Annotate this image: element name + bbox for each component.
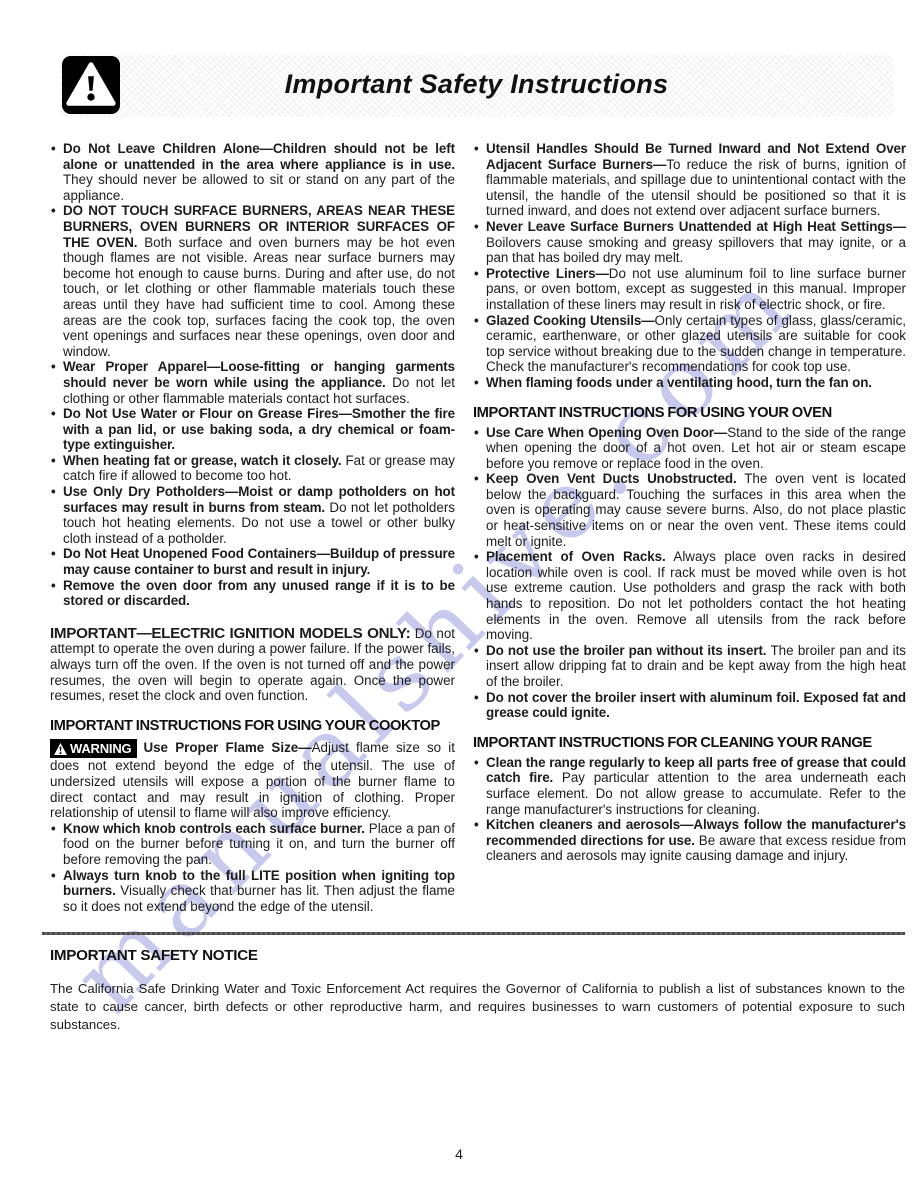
left-column: Do Not Leave Children Alone—Children sho… bbox=[50, 141, 455, 914]
instruction-bold: Do Not Leave Children Alone—Children sho… bbox=[63, 141, 455, 172]
safety-instruction: Use Care When Opening Oven Door—Stand to… bbox=[473, 425, 906, 472]
safety-instruction: Do Not Heat Unopened Food Containers—Bui… bbox=[50, 546, 455, 577]
safety-instruction: Wear Proper Apparel—Loose-fitting or han… bbox=[50, 359, 455, 406]
safety-instruction: DO NOT TOUCH SURFACE BURNERS, AREAS NEAR… bbox=[50, 203, 455, 359]
safety-instruction: Do Not Leave Children Alone—Children sho… bbox=[50, 141, 455, 203]
section-divider bbox=[42, 932, 905, 935]
safety-instruction: Remove the oven door from any unused ran… bbox=[50, 578, 455, 609]
instruction-text: They should never be allowed to sit or s… bbox=[63, 172, 455, 203]
right-column: Utensil Handles Should Be Turned Inward … bbox=[473, 141, 906, 914]
instruction-bold: Keep Oven Vent Ducts Unobstructed. bbox=[486, 471, 737, 486]
flame-size-warning: WARNINGUse Proper Flame Size—Adjust flam… bbox=[50, 739, 455, 821]
page-title: Important Safety Instructions bbox=[60, 69, 893, 100]
electric-ignition-heading: IMPORTANT—ELECTRIC IGNITION MODELS ONLY: bbox=[50, 625, 410, 642]
warning-bold: Use Proper Flame Size— bbox=[143, 740, 311, 755]
safety-instruction: When heating fat or grease, watch it clo… bbox=[50, 453, 455, 484]
content-columns: Do Not Leave Children Alone—Children sho… bbox=[50, 141, 906, 914]
warning-badge-label: WARNING bbox=[70, 741, 131, 757]
instruction-bold: Do Not Use Water or Flour on Grease Fire… bbox=[63, 406, 455, 452]
instruction-bold: When flaming foods under a ventilating h… bbox=[486, 375, 872, 390]
instruction-bold: Know which knob controls each surface bu… bbox=[63, 821, 365, 836]
warning-badge: WARNING bbox=[50, 739, 137, 759]
manual-page: manualshive.com Important Safety Instruc… bbox=[0, 0, 918, 1188]
electric-ignition-note: IMPORTANT—ELECTRIC IGNITION MODELS ONLY:… bbox=[50, 626, 455, 704]
safety-notice-heading: IMPORTANT SAFETY NOTICE bbox=[50, 947, 906, 964]
safety-instruction: Utensil Handles Should Be Turned Inward … bbox=[473, 141, 906, 219]
instruction-bold: Do Not Heat Unopened Food Containers—Bui… bbox=[63, 546, 455, 577]
safety-instruction: Glazed Cooking Utensils—Only certain typ… bbox=[473, 313, 906, 375]
safety-instruction: Kitchen cleaners and aerosols—Always fol… bbox=[473, 817, 906, 864]
header-band: Important Safety Instructions bbox=[60, 55, 893, 117]
instruction-bold: Never Leave Surface Burners Unattended a… bbox=[486, 219, 906, 234]
safety-instruction: Keep Oven Vent Ducts Unobstructed. The o… bbox=[473, 471, 906, 549]
instruction-bold: Glazed Cooking Utensils— bbox=[486, 313, 655, 328]
safety-instruction: Placement of Oven Racks. Always place ov… bbox=[473, 549, 906, 643]
safety-instruction: Never Leave Surface Burners Unattended a… bbox=[473, 219, 906, 266]
instruction-text: Visually check that burner has lit. Then… bbox=[63, 883, 455, 914]
instruction-bold: Protective Liners— bbox=[486, 266, 609, 281]
instruction-bold: Placement of Oven Racks. bbox=[486, 549, 666, 564]
instruction-bold: Do not use the broiler pan without its i… bbox=[486, 643, 766, 658]
safety-instruction: When flaming foods under a ventilating h… bbox=[473, 375, 906, 391]
safety-instruction: Do Not Use Water or Flour on Grease Fire… bbox=[50, 406, 455, 453]
safety-instruction: Clean the range regularly to keep all pa… bbox=[473, 755, 906, 817]
oven-section-heading: IMPORTANT INSTRUCTIONS FOR USING YOUR OV… bbox=[473, 405, 906, 422]
safety-instruction: Use Only Dry Potholders—Moist or damp po… bbox=[50, 484, 455, 546]
instruction-bold: When heating fat or grease, watch it clo… bbox=[63, 453, 341, 468]
safety-instruction: Do not cover the broiler insert with alu… bbox=[473, 690, 906, 721]
warning-badge-icon bbox=[54, 743, 67, 755]
instruction-text: Both surface and oven burners may be hot… bbox=[63, 235, 455, 359]
page-number: 4 bbox=[0, 1146, 918, 1162]
safety-instruction: Protective Liners—Do not use aluminum fo… bbox=[473, 266, 906, 313]
safety-notice-text: The California Safe Drinking Water and T… bbox=[50, 980, 905, 1033]
instruction-bold: Remove the oven door from any unused ran… bbox=[63, 578, 455, 609]
instruction-bold: Do not cover the broiler insert with alu… bbox=[486, 690, 906, 721]
cleaning-section-heading: IMPORTANT INSTRUCTIONS FOR CLEANING YOUR… bbox=[473, 735, 906, 752]
cooktop-section-heading: IMPORTANT INSTRUCTIONS FOR USING YOUR CO… bbox=[50, 718, 455, 735]
safety-instruction: Do not use the broiler pan without its i… bbox=[473, 643, 906, 690]
instruction-text: Boilovers cause smoking and greasy spill… bbox=[486, 235, 906, 266]
instruction-bold: Use Care When Opening Oven Door— bbox=[486, 425, 727, 440]
safety-instruction: Know which knob controls each surface bu… bbox=[50, 821, 455, 868]
safety-instruction: Always turn knob to the full LITE positi… bbox=[50, 868, 455, 915]
